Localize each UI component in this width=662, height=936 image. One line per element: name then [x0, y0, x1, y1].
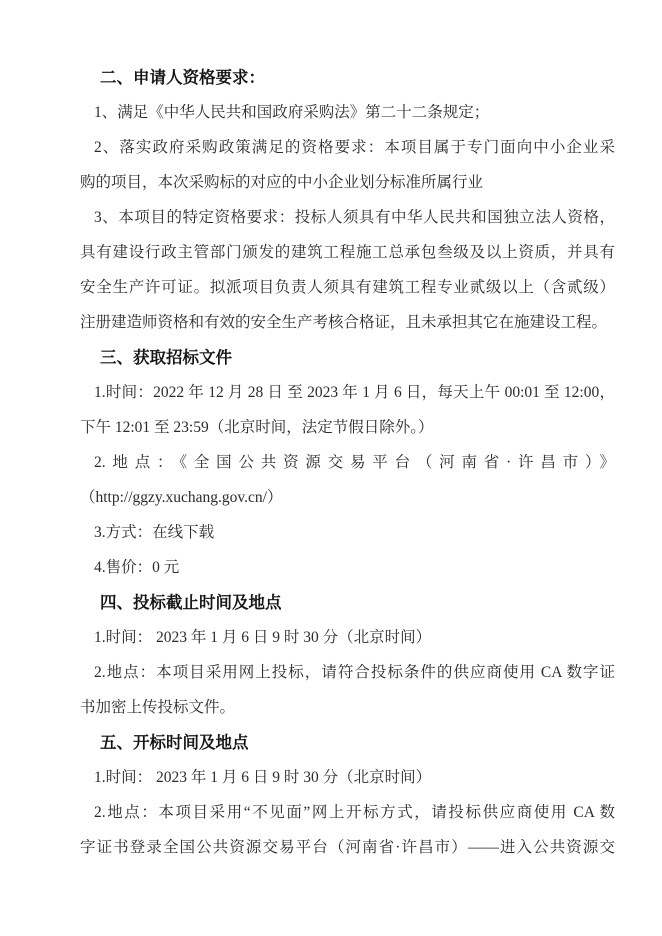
section-heading: 三、获取招标文件: [80, 340, 615, 375]
text-line: 安全生产许可证。拟派项目负责人须具有建筑工程专业贰级以上（含贰级）: [80, 270, 615, 305]
text-line: 注册建造师资格和有效的安全生产考核合格证，且未承担其它在施建设工程。: [80, 305, 615, 340]
text-line: 3.方式：在线下载: [80, 515, 615, 550]
text-line: 1.时间： 2023 年 1 月 6 日 9 时 30 分（北京时间）: [80, 760, 615, 795]
section-heading: 五、开标时间及地点: [80, 725, 615, 760]
text-line: 书加密上传投标文件。: [80, 690, 615, 725]
text-line: 字证书登录全国公共资源交易平台（河南省·许昌市）——进入公共资源交: [80, 830, 615, 865]
section-heading: 四、投标截止时间及地点: [80, 585, 615, 620]
text-line: 下午 12:01 至 23:59（北京时间，法定节假日除外。）: [80, 410, 615, 445]
text-line: 2、落实政府采购政策满足的资格要求：本项目属于专门面向中小企业采: [80, 130, 615, 165]
document-page: 二、申请人资格要求：1、满足《中华人民共和国政府采购法》第二十二条规定；2、落实…: [0, 0, 662, 936]
text-line: （http://ggzy.xuchang.gov.cn/）: [80, 480, 615, 515]
text-line: 1、满足《中华人民共和国政府采购法》第二十二条规定；: [80, 95, 615, 130]
text-line: 具有建设行政主管部门颁发的建筑工程施工总承包叁级及以上资质，并具有: [80, 235, 615, 270]
document-body: 二、申请人资格要求：1、满足《中华人民共和国政府采购法》第二十二条规定；2、落实…: [80, 60, 615, 865]
text-line: 2.地点：《全国公共资源交易平台（河南省·许昌市）》: [80, 445, 615, 480]
text-line: 购的项目，本次采购标的对应的中小企业划分标准所属行业: [80, 165, 615, 200]
text-line: 1.时间： 2023 年 1 月 6 日 9 时 30 分（北京时间）: [80, 620, 615, 655]
text-line: 2.地点：本项目采用网上投标，请符合投标条件的供应商使用 CA 数字证: [80, 655, 615, 690]
section-heading: 二、申请人资格要求：: [80, 60, 615, 95]
text-line: 2.地点：本项目采用“不见面”网上开标方式，请投标供应商使用 CA 数: [80, 795, 615, 830]
text-line: 1.时间：2022 年 12 月 28 日 至 2023 年 1 月 6 日，每…: [80, 375, 615, 410]
text-line: 4.售价：0 元: [80, 550, 615, 585]
text-line: 3、本项目的特定资格要求：投标人须具有中华人民共和国独立法人资格，: [80, 200, 615, 235]
